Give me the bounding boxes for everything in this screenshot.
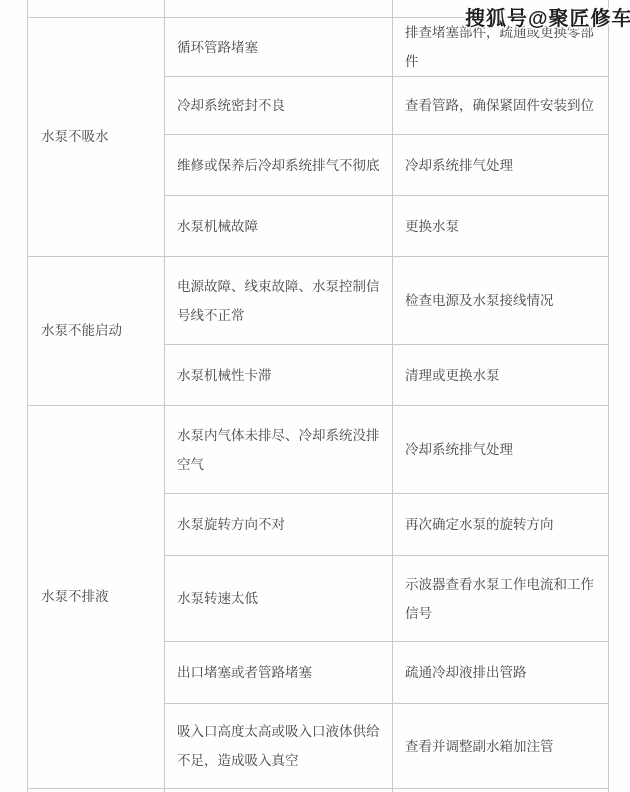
table-row: 水泵转速太低 示波器查看水泵工作电流和工作信号 [165,555,608,641]
solution-cell: 冷却系统排气处理 [393,406,608,493]
cause-cell: 水泵机械故障 [165,196,393,256]
table-row: 水泵内气体未排尽、冷却系统没排空气 冷却系统排气处理 [165,406,608,493]
cause-cell: 水泵内气体未排尽、冷却系统没排空气 [165,406,393,493]
table-group-pump-no-discharge: 水泵不排液 水泵内气体未排尽、冷却系统没排空气 冷却系统排气处理 水泵旋转方向不… [28,405,608,788]
solution-cell: 疏通冷却液排出管路 [393,642,608,703]
clipped-fault-cell [28,0,165,17]
table-row: 维修或保养后冷却系统排气不彻底 冷却系统排气处理 [165,134,608,195]
group-rows: 电源故障、线束故障、水泵控制信号线不正常 检查电源及水泵接线情况 水泵机械性卡滞… [165,257,608,405]
page: 水泵不吸水 循环管路堵塞 排查堵塞部件，疏通或更换零部件 冷却系统密封不良 查看… [0,0,630,792]
watermark: 搜狐号@聚匠修车 [465,2,630,31]
table-row: 水泵旋转方向不对 再次确定水泵的旋转方向 [165,493,608,555]
solution-cell: 查看管路，确保紧固件安装到位 [393,77,608,134]
solution-cell: 再次确定水泵的旋转方向 [393,494,608,555]
table-row: 水泵机械性卡滞 清理或更换水泵 [165,344,608,405]
fault-cell: 水泵不能启动 [28,257,165,405]
cause-cell: 水泵机械性卡滞 [165,345,393,405]
table-group-pump-no-start: 水泵不能启动 电源故障、线束故障、水泵控制信号线不正常 检查电源及水泵接线情况 … [28,256,608,405]
group-rows: 水泵内气体未排尽、冷却系统没排空气 冷却系统排气处理 水泵旋转方向不对 再次确定… [165,406,608,788]
solution-cell: 查看并调整副水箱加注管 [393,704,608,788]
table-row: 出口堵塞或者管路堵塞 疏通冷却液排出管路 [165,641,608,703]
solution-cell: 检查电源及水泵接线情况 [393,257,608,344]
solution-cell: 示波器查看水泵工作电流和工作信号 [393,556,608,641]
cause-cell: 电源故障、线束故障、水泵控制信号线不正常 [165,257,393,344]
table-row: 吸入口高度太高或吸入口液体供给不足，造成吸入真空 查看并调整副水箱加注管 [165,703,608,788]
cause-cell: 维修或保养后冷却系统排气不彻底 [165,135,393,195]
clipped-bottom-row [28,788,608,792]
cause-cell: 吸入口高度太高或吸入口液体供给不足，造成吸入真空 [165,704,393,788]
cause-cell: 水泵转速太低 [165,556,393,641]
table-group-pump-no-suction: 水泵不吸水 循环管路堵塞 排查堵塞部件，疏通或更换零部件 冷却系统密封不良 查看… [28,17,608,256]
clipped-cause-cell [165,0,393,17]
troubleshooting-table: 水泵不吸水 循环管路堵塞 排查堵塞部件，疏通或更换零部件 冷却系统密封不良 查看… [27,0,609,792]
table-row: 水泵机械故障 更换水泵 [165,195,608,256]
solution-cell: 冷却系统排气处理 [393,135,608,195]
cause-cell: 水泵旋转方向不对 [165,494,393,555]
cause-cell: 冷却系统密封不良 [165,77,393,134]
solution-cell: 清理或更换水泵 [393,345,608,405]
fault-cell: 水泵不吸水 [28,18,165,256]
fault-cell: 水泵不排液 [28,406,165,788]
group-rows: 循环管路堵塞 排查堵塞部件，疏通或更换零部件 冷却系统密封不良 查看管路，确保紧… [165,18,608,256]
solution-cell: 更换水泵 [393,196,608,256]
table-row: 电源故障、线束故障、水泵控制信号线不正常 检查电源及水泵接线情况 [165,257,608,344]
cause-cell: 循环管路堵塞 [165,18,393,76]
table-row: 冷却系统密封不良 查看管路，确保紧固件安装到位 [165,76,608,134]
cause-cell: 出口堵塞或者管路堵塞 [165,642,393,703]
